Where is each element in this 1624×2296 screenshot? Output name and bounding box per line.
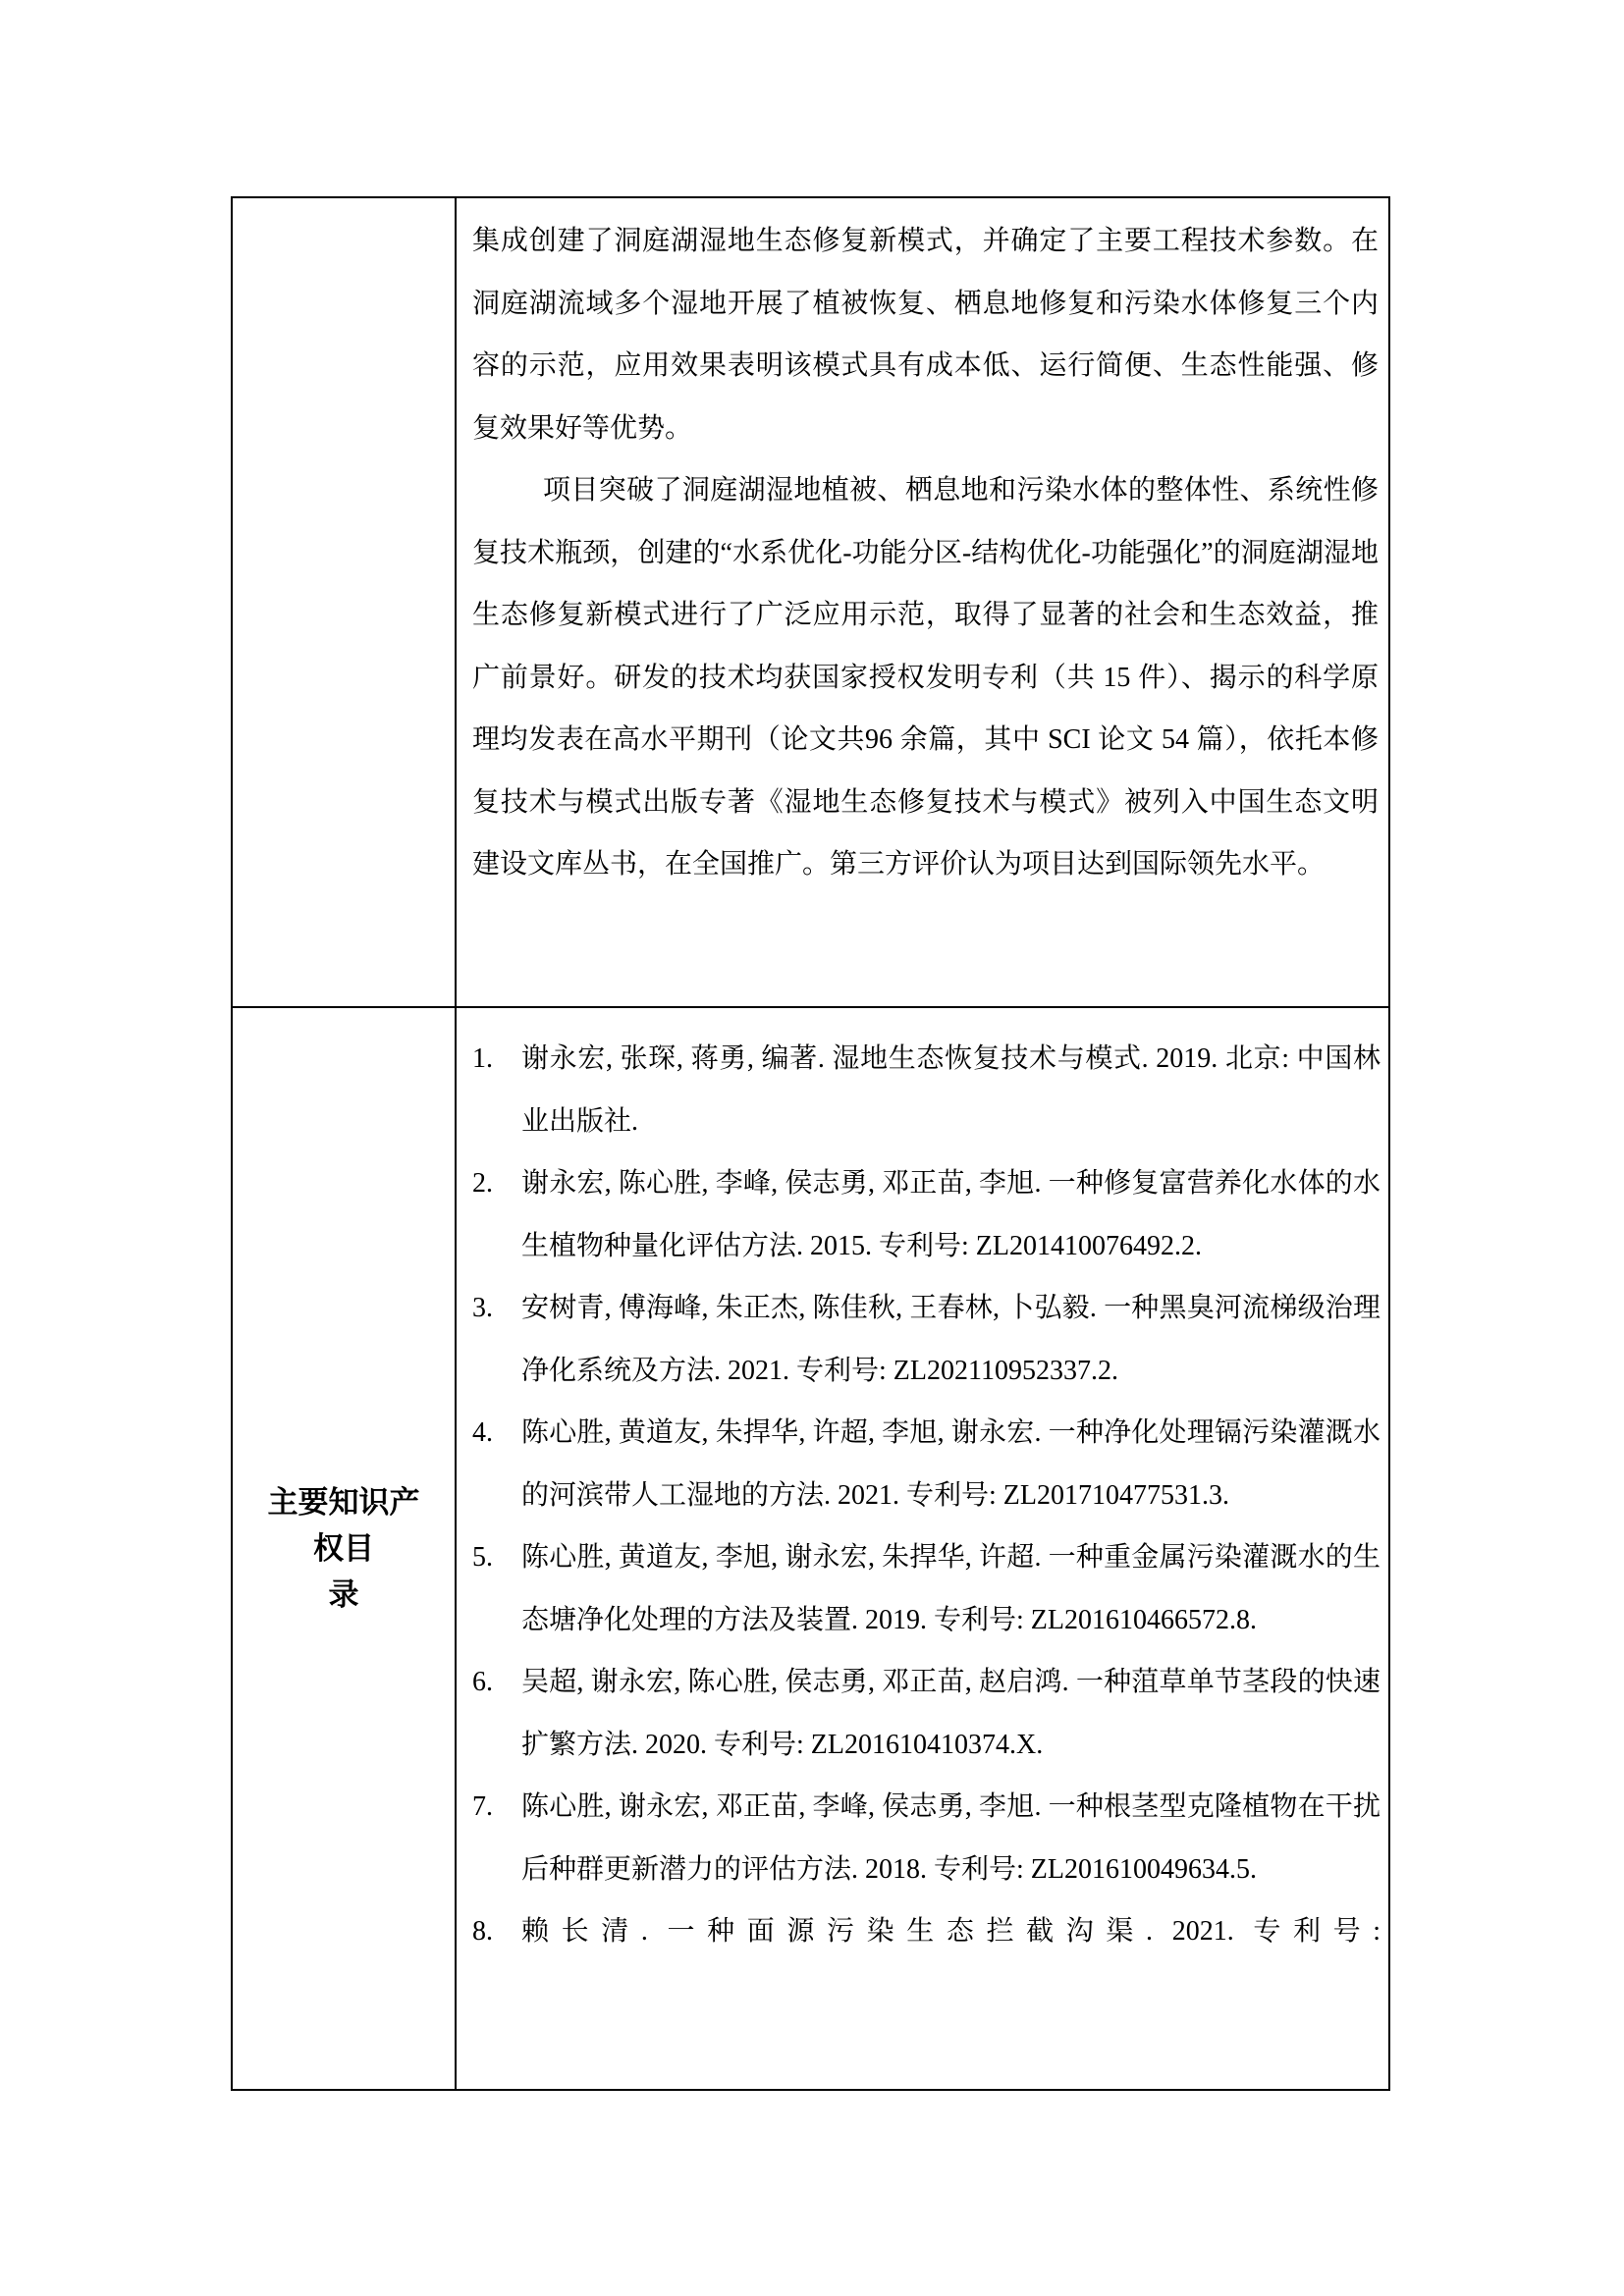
ip-list-item-number: 4. <box>472 1402 521 1465</box>
ip-list-item-number: 6. <box>472 1651 521 1714</box>
ip-list-item-number: 3. <box>472 1277 521 1340</box>
ip-list-item: 5. 陈心胜, 黄道友, 李旭, 谢永宏, 朱捍华, 许超. 一种重金属污染灌溉… <box>472 1526 1380 1651</box>
ip-list-item: 7. 陈心胜, 谢永宏, 邓正苗, 李峰, 侯志勇, 李旭. 一种根茎型克隆植物… <box>472 1776 1380 1900</box>
ip-list-item-number: 7. <box>472 1776 521 1839</box>
ip-list-item-text: 陈心胜, 黄道友, 朱捍华, 许超, 李旭, 谢永宏. 一种净化处理镉污染灌溉水… <box>521 1402 1380 1526</box>
ip-list-item-text: 陈心胜, 黄道友, 李旭, 谢永宏, 朱捍华, 许超. 一种重金属污染灌溉水的生… <box>521 1526 1380 1651</box>
ip-list: 1. 谢永宏, 张琛, 蒋勇, 编著. 湿地生态恢复技术与模式. 2019. 北… <box>455 1006 1388 2089</box>
ip-summary-table: 集成创建了洞庭湖湿地生态修复新模式，并确定了主要工程技术参数。在洞庭湖流域多个湿… <box>231 196 1390 2091</box>
ip-list-item: 3. 安树青, 傅海峰, 朱正杰, 陈佳秋, 王春林, 卜弘毅. 一种黑臭河流梯… <box>472 1277 1380 1402</box>
ip-section-label-line-3: 录 <box>329 1572 359 1618</box>
ip-list-item: 4. 陈心胜, 黄道友, 朱捍华, 许超, 李旭, 谢永宏. 一种净化处理镉污染… <box>472 1402 1380 1526</box>
ip-list-item-text: 陈心胜, 谢永宏, 邓正苗, 李峰, 侯志勇, 李旭. 一种根茎型克隆植物在干扰… <box>521 1776 1380 1900</box>
ip-list-item: 2. 谢永宏, 陈心胜, 李峰, 侯志勇, 邓正苗, 李旭. 一种修复富营养化水… <box>472 1152 1380 1277</box>
ip-list-item: 8. 赖长清. 一种面源污染生态拦截沟渠. 2021. 专利号: <box>472 1900 1380 1963</box>
abstract-paragraph-1: 集成创建了洞庭湖湿地生态修复新模式，并确定了主要工程技术参数。在洞庭湖流域多个湿… <box>472 210 1379 459</box>
ip-list-item: 6. 吴超, 谢永宏, 陈心胜, 侯志勇, 邓正苗, 赵启鸿. 一种菹草单节茎段… <box>472 1651 1380 1776</box>
ip-section-label-line-1: 主要知识产 <box>268 1479 420 1525</box>
project-abstract-cell: 集成创建了洞庭湖湿地生态修复新模式，并确定了主要工程技术参数。在洞庭湖流域多个湿… <box>455 198 1388 1006</box>
ip-list-item-number: 2. <box>472 1152 521 1215</box>
ip-list-item: 1. 谢永宏, 张琛, 蒋勇, 编著. 湿地生态恢复技术与模式. 2019. 北… <box>472 1028 1380 1152</box>
row1-label-cell-empty <box>233 198 455 1006</box>
ip-list-item-number: 1. <box>472 1028 521 1091</box>
ip-list-item-text: 赖长清. 一种面源污染生态拦截沟渠. 2021. 专利号: <box>521 1900 1380 1963</box>
document-page: { "table": { "row1": { "paragraphs": [ "… <box>0 0 1624 2296</box>
ip-section-label-line-2: 权目 <box>313 1525 374 1572</box>
ip-list-item-number: 8. <box>472 1900 521 1963</box>
ip-section-label: 主要知识产 权目 录 <box>233 1006 455 2089</box>
abstract-paragraph-2: 项目突破了洞庭湖湿地植被、栖息地和污染水体的整体性、系统性修复技术瓶颈，创建的“… <box>472 459 1379 896</box>
ip-list-item-text: 谢永宏, 张琛, 蒋勇, 编著. 湿地生态恢复技术与模式. 2019. 北京: … <box>521 1028 1380 1152</box>
ip-list-item-text: 谢永宏, 陈心胜, 李峰, 侯志勇, 邓正苗, 李旭. 一种修复富营养化水体的水… <box>521 1152 1380 1277</box>
ip-list-item-text: 安树青, 傅海峰, 朱正杰, 陈佳秋, 王春林, 卜弘毅. 一种黑臭河流梯级治理… <box>521 1277 1380 1402</box>
ip-list-item-number: 5. <box>472 1526 521 1589</box>
ip-list-item-text: 吴超, 谢永宏, 陈心胜, 侯志勇, 邓正苗, 赵启鸿. 一种菹草单节茎段的快速… <box>521 1651 1380 1776</box>
